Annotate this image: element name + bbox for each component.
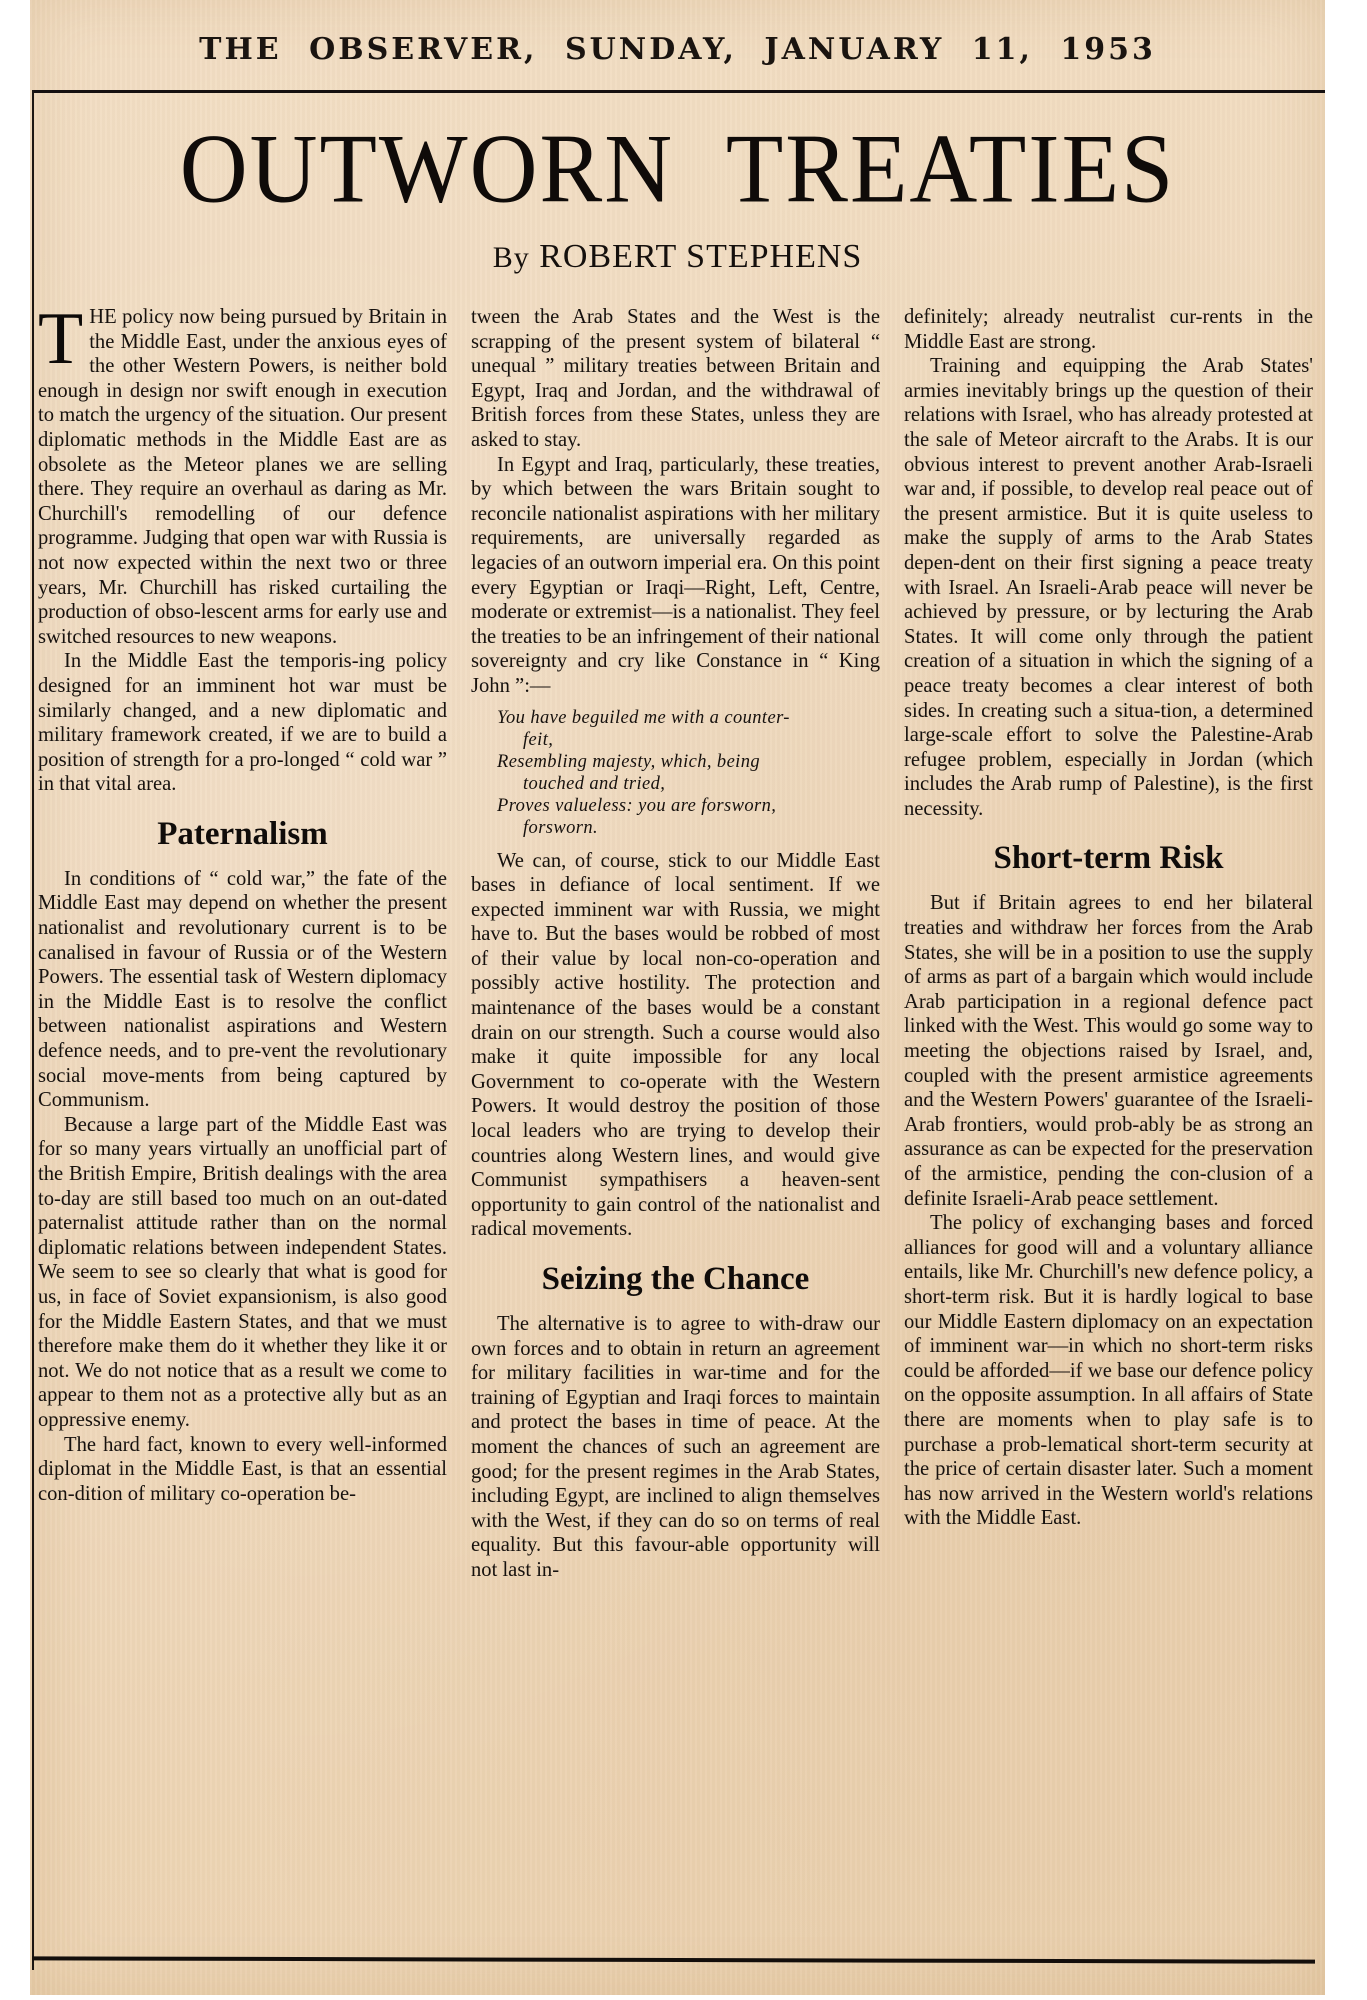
verse-quotation: You have beguiled me with a counter-feit…	[497, 707, 880, 839]
bottom-rule	[32, 1956, 1315, 1963]
continued-paragraph: tween the Arab States and the West is th…	[471, 305, 880, 453]
left-column-rule	[32, 90, 34, 1970]
verse-line-continued: touched and tried,	[497, 773, 880, 795]
paragraph: Because a large part of the Middle East …	[38, 1113, 447, 1433]
paragraph: We can, of course, stick to our Middle E…	[471, 849, 880, 1243]
paragraph: Training and equipping the Arab States' …	[904, 354, 1313, 821]
byline: By ROBERT STEPHENS	[30, 238, 1325, 276]
paragraph: The policy of exchanging bases and force…	[904, 1211, 1313, 1531]
column-2: tween the Arab States and the West is th…	[471, 305, 880, 1583]
verse-line-continued: forsworn.	[497, 817, 880, 839]
lead-paragraph: THE policy now being pursued by Britain …	[38, 305, 447, 649]
byline-author: ROBERT STEPHENS	[539, 238, 862, 275]
section-subhead: Seizing the Chance	[471, 1260, 880, 1298]
paragraph: The hard fact, known to every well-infor…	[38, 1433, 447, 1507]
verse-line: Proves valueless: you are forsworn,	[497, 795, 880, 817]
masthead: THE OBSERVER, SUNDAY, JANUARY 11, 1953	[60, 32, 1295, 80]
byline-prefix: By	[493, 241, 530, 274]
paragraph-text: policy now being pursued by Britain in t…	[38, 306, 447, 648]
verse-line: Resembling majesty, which, being	[497, 751, 880, 773]
paragraph: The alternative is to agree to with-draw…	[471, 1312, 880, 1583]
paragraph: In the Middle East the temporis-ing poli…	[38, 649, 447, 797]
lead-caps: HE	[89, 306, 116, 328]
section-subhead: Short-term Risk	[904, 839, 1313, 877]
article-body: THE policy now being pursued by Britain …	[38, 305, 1320, 1583]
verse-line: You have beguiled me with a counter-	[497, 707, 880, 729]
column-3: definitely; already neutralist cur-rents…	[904, 305, 1313, 1583]
section-subhead: Paternalism	[38, 815, 447, 853]
paragraph: But if Britain agrees to end her bilater…	[904, 891, 1313, 1211]
drop-cap: T	[38, 309, 83, 369]
column-1: THE policy now being pursued by Britain …	[38, 305, 447, 1583]
newspaper-clipping: THE OBSERVER, SUNDAY, JANUARY 11, 1953 O…	[30, 0, 1325, 1995]
verse-line-continued: feit,	[497, 729, 880, 751]
continued-paragraph: definitely; already neutralist cur-rents…	[904, 305, 1313, 354]
paragraph: In Egypt and Iraq, particularly, these t…	[471, 453, 880, 699]
paragraph: In conditions of “ cold war,” the fate o…	[38, 867, 447, 1113]
headline: OUTWORN TREATIES	[30, 112, 1325, 225]
masthead-rule	[32, 90, 1325, 93]
